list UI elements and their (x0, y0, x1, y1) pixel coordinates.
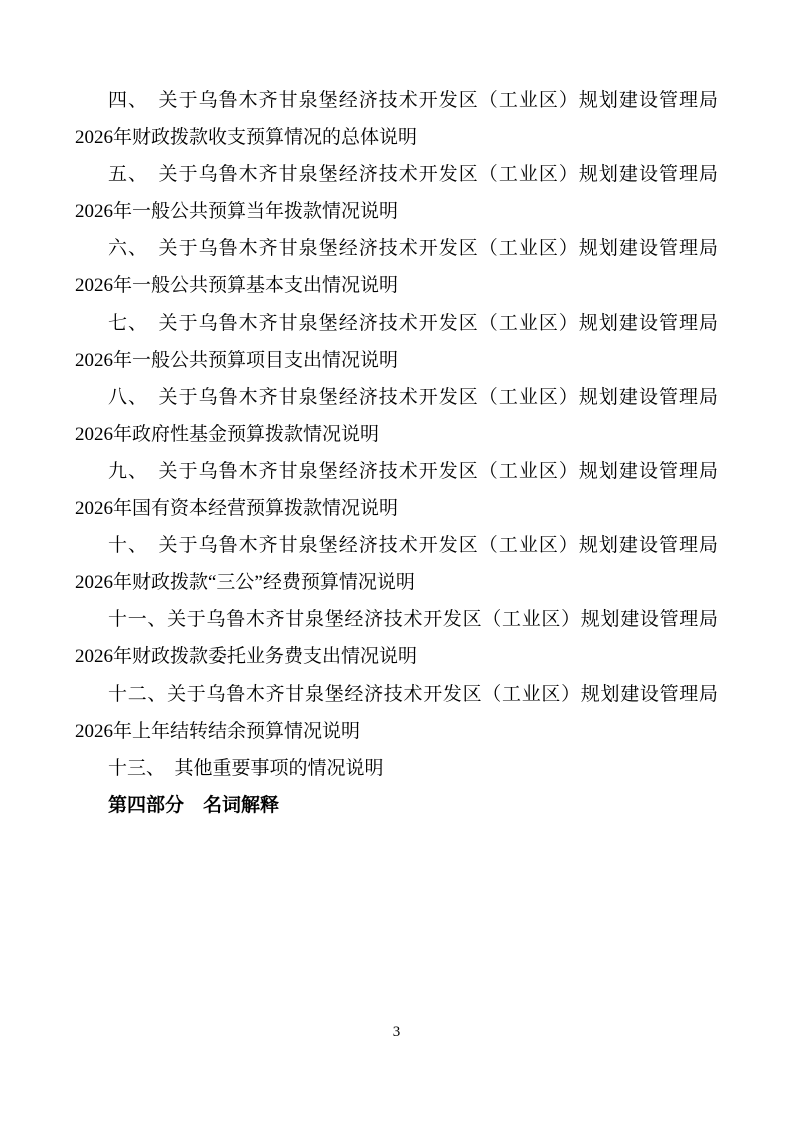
page-number: 3 (0, 1022, 793, 1042)
toc-item: 八、 关于乌鲁木齐甘泉堡经济技术开发区（工业区）规划建设管理局2026年政府性基… (75, 379, 718, 453)
toc-item: 七、 关于乌鲁木齐甘泉堡经济技术开发区（工业区）规划建设管理局2026年一般公共… (75, 305, 718, 379)
document-page: 四、 关于乌鲁木齐甘泉堡经济技术开发区（工业区）规划建设管理局2026年财政拨款… (0, 0, 793, 1122)
toc-item: 十二、关于乌鲁木齐甘泉堡经济技术开发区（工业区）规划建设管理局2026年上年结转… (75, 676, 718, 750)
toc-content: 四、 关于乌鲁木齐甘泉堡经济技术开发区（工业区）规划建设管理局2026年财政拨款… (75, 82, 718, 824)
section-heading: 第四部分 名词解释 (75, 787, 718, 824)
toc-item: 十三、 其他重要事项的情况说明 (75, 750, 718, 787)
toc-item: 六、 关于乌鲁木齐甘泉堡经济技术开发区（工业区）规划建设管理局2026年一般公共… (75, 230, 718, 304)
toc-item: 十、 关于乌鲁木齐甘泉堡经济技术开发区（工业区）规划建设管理局2026年财政拨款… (75, 527, 718, 601)
toc-item: 五、 关于乌鲁木齐甘泉堡经济技术开发区（工业区）规划建设管理局2026年一般公共… (75, 156, 718, 230)
toc-item: 九、 关于乌鲁木齐甘泉堡经济技术开发区（工业区）规划建设管理局2026年国有资本… (75, 453, 718, 527)
toc-item: 十一、关于乌鲁木齐甘泉堡经济技术开发区（工业区）规划建设管理局2026年财政拨款… (75, 601, 718, 675)
toc-item: 四、 关于乌鲁木齐甘泉堡经济技术开发区（工业区）规划建设管理局2026年财政拨款… (75, 82, 718, 156)
